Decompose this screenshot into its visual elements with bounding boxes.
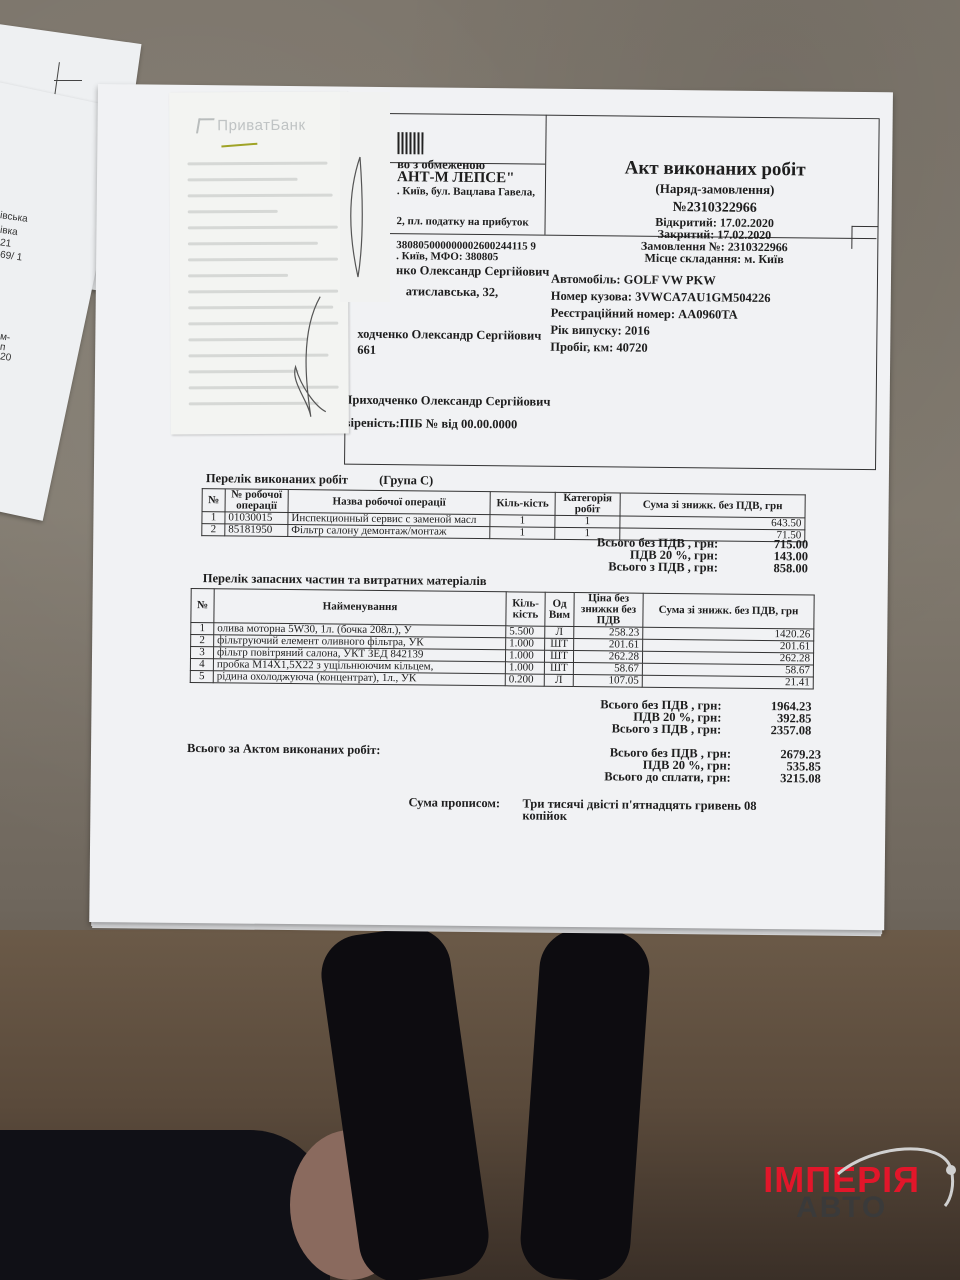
- faded-text: [188, 274, 288, 278]
- faded-text: [188, 258, 338, 262]
- customer-name: нко Олександр Сергійович: [396, 263, 549, 280]
- cell: рідина охолоджуюча (концентрат), 1л., УК: [213, 671, 505, 686]
- col-price: Ціна без знижки без ПДВ: [574, 593, 643, 628]
- faded-text: [188, 210, 278, 213]
- vehicle-year: Рік випуску: 2016: [550, 323, 650, 339]
- col-qty: Кіль-кість: [506, 592, 545, 626]
- watermark-logo: ІМПЕРІЯ АВТО: [763, 1162, 920, 1222]
- sleeve: [0, 1130, 330, 1280]
- corner-mark: [54, 80, 82, 81]
- receiver-name: Приходченко Олександр Сергійович: [343, 393, 551, 410]
- cell: ШТ: [544, 662, 573, 674]
- cell: 201.61: [574, 639, 643, 652]
- col-sum: Сума зі знижк. без ПДВ, грн: [643, 593, 814, 629]
- shoe-right: [518, 927, 652, 1280]
- amount-in-words-cont: копійок: [522, 808, 567, 823]
- cell: ШТ: [544, 650, 573, 662]
- amount-in-words-label: Сума прописом:: [408, 795, 500, 811]
- col-unit: Од Вим: [545, 592, 574, 626]
- parts-heading: Перелік запасних частин та витратних мат…: [203, 571, 487, 589]
- works-total-gross: Всього з ПДВ , грн:858.00: [488, 558, 808, 576]
- col-qty: Кіль-кість: [490, 492, 555, 516]
- col-no: №: [191, 589, 214, 623]
- company-tax: 2, пл. податку на прибуток: [397, 215, 529, 228]
- cell: 4: [190, 659, 213, 671]
- vehicle-reg-number: Реєстраційний номер: AA0960TA: [551, 306, 738, 323]
- cell: 1.000: [506, 638, 545, 650]
- signature-icon: [340, 152, 380, 282]
- cell: 3: [190, 647, 213, 659]
- cell: Л: [544, 674, 573, 686]
- col-op-number: № робочої операції: [225, 489, 288, 513]
- highlight-mark: [221, 143, 257, 148]
- side-paper-text: івка: [0, 225, 18, 238]
- cell: 1: [202, 512, 225, 524]
- cell: ШТ: [545, 638, 574, 650]
- cell: 58.67: [573, 663, 642, 676]
- vehicle-model: Автомобіль: GOLF VW PKW: [551, 272, 716, 289]
- cell: 1.000: [505, 662, 544, 674]
- cell: 2: [191, 635, 214, 647]
- cell: 21.41: [642, 675, 813, 689]
- total-value: 3215.08: [731, 771, 821, 787]
- side-paper-text: 21: [0, 237, 12, 249]
- payer-code: 661: [357, 343, 376, 358]
- cell: 0.200: [505, 674, 544, 686]
- orbit-arc-icon: [833, 1144, 960, 1214]
- grand-total-due: Всього до сплати, грн:3215.08: [501, 768, 821, 786]
- works-group: (Група С): [379, 473, 433, 488]
- payer-name: ходченко Олександр Сергійович: [357, 327, 541, 344]
- cell: 85181950: [225, 524, 288, 537]
- barcode: [397, 132, 423, 154]
- faded-text: [187, 162, 327, 166]
- total-value: 858.00: [718, 561, 808, 577]
- cell: Фільтр салону демонтаж/монтаж: [288, 525, 490, 539]
- col-sum: Сума зі знижк. без ПДВ, грн: [620, 493, 805, 518]
- cell: 1.000: [505, 650, 544, 662]
- company-address: . Київ, бул. Вацлава Гавела,: [397, 185, 535, 198]
- company-mfo: . Київ, МФО: 380805: [396, 250, 498, 263]
- vehicle-body-number: Номер кузова: 3VWCA7AU1GM504226: [551, 289, 771, 306]
- customer-address: атиславська, 32,: [406, 284, 498, 300]
- bank-receipt: ПриватБанк: [169, 92, 349, 435]
- cell: 107.05: [573, 675, 642, 688]
- receipt-stub: [340, 92, 390, 302]
- cell: 262.28: [573, 651, 642, 664]
- cell: 1: [191, 623, 214, 635]
- faded-text: [188, 194, 333, 198]
- total-value: 2357.08: [721, 723, 811, 739]
- faded-text: [188, 226, 338, 230]
- col-category: Категорія робіт: [555, 492, 620, 516]
- cell: 1: [555, 515, 620, 528]
- parts-table: № Найменування Кіль-кість Од Вим Ціна бе…: [190, 588, 815, 690]
- floor: [0, 930, 960, 1280]
- act-subtitle: (Наряд-замовлення): [555, 180, 875, 199]
- col-name: Найменування: [214, 589, 506, 626]
- bank-name: ПриватБанк: [217, 117, 305, 134]
- cell: Л: [545, 626, 574, 638]
- cell: 2: [202, 524, 225, 536]
- col-no: №: [202, 489, 225, 512]
- works-heading: Перелік виконаних робіт (Група С): [206, 471, 434, 488]
- total-label: Всього з ПДВ , грн:: [491, 720, 721, 737]
- faded-text: [188, 242, 318, 246]
- works-heading-text: Перелік виконаних робіт: [206, 471, 348, 486]
- cell: 5: [190, 670, 213, 682]
- faded-text: [188, 178, 298, 182]
- cell: 258.23: [574, 627, 643, 640]
- cell: 5.500: [506, 626, 545, 638]
- signature-icon: [280, 292, 341, 422]
- total-label: Всього з ПДВ , грн:: [488, 558, 718, 575]
- cell: 1: [490, 515, 555, 528]
- parts-total-gross: Всього з ПДВ , грн:2357.08: [491, 720, 811, 738]
- side-paper-text: 20: [0, 351, 12, 363]
- bank-logo-icon: [196, 118, 215, 133]
- act-title: Акт виконаних робіт: [555, 157, 875, 182]
- parts-table-wrap: № Найменування Кіль-кість Од Вим Ціна бе…: [190, 588, 815, 690]
- total-label: Всього до сплати, грн:: [501, 768, 731, 785]
- col-op-name: Назва робочої операції: [288, 490, 490, 515]
- grand-heading: Всього за Актом виконаних робіт:: [187, 741, 381, 758]
- vehicle-mileage: Пробіг, км: 40720: [550, 340, 648, 356]
